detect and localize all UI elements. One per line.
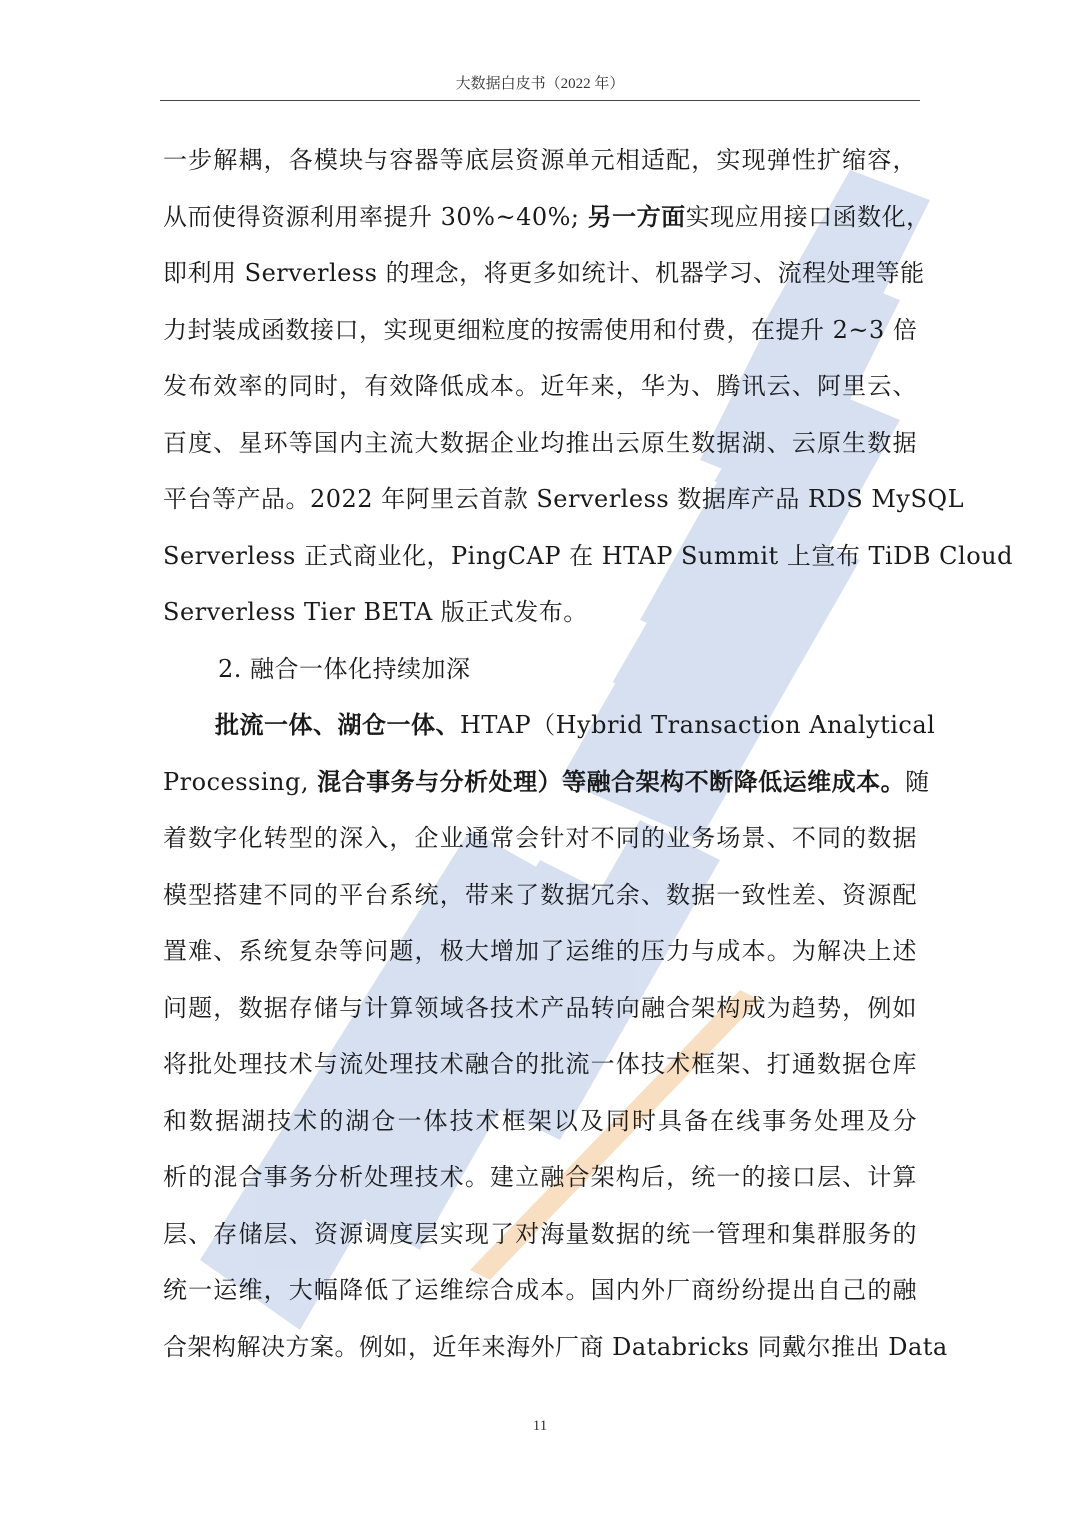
text-run: 实现应用接口函数化， — [686, 203, 931, 231]
text-line: 将批处理技术与流处理技术融合的批流一体技术框架、打通数据仓库 — [163, 1036, 917, 1093]
bold-phrase: 混合事务与分析处理）等融合架构不断降低运维成本。 — [317, 768, 905, 796]
text-line: 从而使得资源利用率提升 30%~40%; 另一方面实现应用接口函数化， — [163, 189, 917, 246]
text-line: 统一运维，大幅降低了运维综合成本。国内外厂商纷纷提出自己的融 — [163, 1262, 917, 1319]
text-line: Serverless 正式商业化，PingCAP 在 HTAP Summit 上… — [163, 528, 917, 585]
text-run: 随 — [905, 768, 930, 796]
text-line: 百度、星环等国内主流大数据企业均推出云原生数据湖、云原生数据 — [163, 415, 917, 472]
text-line: 批流一体、湖仓一体、HTAP（Hybrid Transaction Analyt… — [163, 697, 917, 754]
text-run: Processing, — [163, 768, 317, 796]
paragraph-fusion: 批流一体、湖仓一体、HTAP（Hybrid Transaction Analyt… — [163, 697, 917, 1375]
section-heading: 2. 融合一体化持续加深 — [163, 641, 917, 698]
header-divider — [160, 100, 920, 101]
text-line: 着数字化转型的深入，企业通常会针对不同的业务场景、不同的数据 — [163, 810, 917, 867]
text-line: 层、存储层、资源调度层实现了对海量数据的统一管理和集群服务的 — [163, 1206, 917, 1263]
bold-phrase: 另一方面 — [588, 203, 686, 231]
text-run: HTAP（Hybrid Transaction Analytical — [460, 711, 935, 739]
text-line: 模型搭建不同的平台系统，带来了数据冗余、数据一致性差、资源配 — [163, 867, 917, 924]
text-line: 平台等产品。2022 年阿里云首款 Serverless 数据库产品 RDS M… — [163, 471, 917, 528]
text-line: 析的混合事务分析处理技术。建立融合架构后，统一的接口层、计算 — [163, 1149, 917, 1206]
bold-phrase: 批流一体、湖仓一体、 — [215, 711, 460, 739]
paragraph-cloud-native: 一步解耦，各模块与容器等底层资源单元相适配，实现弹性扩缩容， 从而使得资源利用率… — [163, 132, 917, 641]
text-line: 发布效率的同时，有效降低成本。近年来，华为、腾讯云、阿里云、 — [163, 358, 917, 415]
text-line: 力封装成函数接口，实现更细粒度的按需使用和付费，在提升 2~3 倍 — [163, 302, 917, 359]
running-header: 大数据白皮书（2022 年） — [160, 72, 920, 93]
text-line: Processing, 混合事务与分析处理）等融合架构不断降低运维成本。随 — [163, 754, 917, 811]
page-number: 11 — [160, 1418, 920, 1435]
text-line: 合架构解决方案。例如，近年来海外厂商 Databricks 同戴尔推出 Data — [163, 1319, 917, 1376]
text-line: 一步解耦，各模块与容器等底层资源单元相适配，实现弹性扩缩容， — [163, 132, 917, 189]
text-line: 问题，数据存储与计算领域各技术产品转向融合架构成为趋势，例如 — [163, 980, 917, 1037]
document-body: 一步解耦，各模块与容器等底层资源单元相适配，实现弹性扩缩容， 从而使得资源利用率… — [163, 132, 917, 1375]
text-line: 置难、系统复杂等问题，极大增加了运维的压力与成本。为解决上述 — [163, 923, 917, 980]
text-line: 即利用 Serverless 的理念，将更多如统计、机器学习、流程处理等能 — [163, 245, 917, 302]
text-line: 和数据湖技术的湖仓一体技术框架以及同时具备在线事务处理及分 — [163, 1093, 917, 1150]
text-run: 从而使得资源利用率提升 30%~40%; — [163, 203, 588, 231]
text-line: Serverless Tier BETA 版正式发布。 — [163, 584, 917, 641]
